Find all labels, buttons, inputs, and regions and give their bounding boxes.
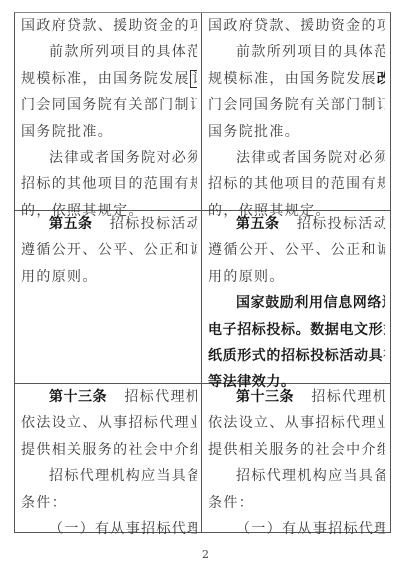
text-fragment: 招标代理机构是 <box>311 389 385 405</box>
text-line: 法律或者国务院对必须进行 <box>21 145 197 171</box>
old-text-cell: 国政府贷款、援助资金的项目。 前款所列项目的具体范围和 规模标准，由国务院发展计… <box>15 13 202 210</box>
text-line: （一）有从事招标代理业务 <box>208 516 385 542</box>
text-fragment: 规模标准，由国务院发展 <box>21 71 190 87</box>
text-line: 法律或者国务院对必须进行 <box>208 145 385 171</box>
text-line: 招标的其他项目的范围有规定 <box>21 171 197 197</box>
text-line: 规模标准，由国务院发展计划部 <box>21 66 197 92</box>
table-row: 第十三条 招标代理机构是 依法设立、从事招标代理业务并 提供相关服务的社会中介组… <box>15 384 390 532</box>
text-fragment: 规模标准，由国务院发展 <box>208 71 377 87</box>
text-fragment: 招标投标活动应当 <box>297 216 385 232</box>
table-row: 第五条 招标投标活动应当 遵循公开、公平、公正和诚实信 用的原则。 第五条 招标… <box>15 211 390 384</box>
old-text-cell: 第十三条 招标代理机构是 依法设立、从事招标代理业务并 提供相关服务的社会中介组… <box>15 384 202 532</box>
text-line: 用的原则。 <box>21 264 197 290</box>
highlighted-new-term: 改革 <box>377 71 385 87</box>
text-fragment: 招标代理机构是 <box>124 389 197 405</box>
text-line: 第五条 招标投标活动应当 <box>21 211 197 237</box>
text-line: 第五条 招标投标活动应当 <box>208 211 385 237</box>
added-text-line: 纸质形式的招标投标活动具有同 <box>208 343 385 369</box>
text-line: 门会同国务院有关部门制订，报 <box>208 92 385 118</box>
text-line: 国务院批准。 <box>21 119 197 145</box>
new-text-cell: 国政府贷款、援助资金的项目。 前款所列项目的具体范围和 规模标准，由国务院发展改… <box>202 13 389 210</box>
text-line: 门会同国务院有关部门制订，报 <box>21 92 197 118</box>
text-fragment: 招标投标活动应当 <box>110 216 197 232</box>
text-line: 招标代理机构应当具备下列 <box>21 463 197 489</box>
text-line: 第十三条 招标代理机构是 <box>208 384 385 410</box>
article-number: 第十三条 <box>236 389 294 405</box>
text-line: 第十三条 招标代理机构是 <box>21 384 197 410</box>
text-line: 用的原则。 <box>208 264 385 290</box>
comparison-table: 国政府贷款、援助资金的项目。 前款所列项目的具体范围和 规模标准，由国务院发展计… <box>14 12 391 533</box>
text-line: 国政府贷款、援助资金的项目。 <box>21 13 197 39</box>
text-line: 遵循公开、公平、公正和诚实信 <box>21 237 197 263</box>
text-line: 国政府贷款、援助资金的项目。 <box>208 13 385 39</box>
page-number: 2 <box>0 548 411 561</box>
text-line: （一）有从事招标代理业务 <box>21 516 197 542</box>
text-line: 提供相关服务的社会中介组织。 <box>208 437 385 463</box>
highlighted-deleted-term: 计划 <box>190 70 197 88</box>
old-text-cell: 第五条 招标投标活动应当 遵循公开、公平、公正和诚实信 用的原则。 <box>15 211 202 383</box>
text-line: 条件： <box>21 490 197 516</box>
article-number: 第五条 <box>49 216 93 232</box>
new-text-cell: 第十三条 招标代理机构是 依法设立、从事招标代理业务并 提供相关服务的社会中介组… <box>202 384 389 532</box>
added-text-line: 电子招标投标。数据电文形式与 <box>208 317 385 343</box>
text-line: 遵循公开、公平、公正和诚实信 <box>208 237 385 263</box>
article-number: 第十三条 <box>49 389 107 405</box>
text-line: 国务院批准。 <box>208 119 385 145</box>
text-line: 招标的其他项目的范围有规定 <box>208 171 385 197</box>
table-row: 国政府贷款、援助资金的项目。 前款所列项目的具体范围和 规模标准，由国务院发展计… <box>15 13 390 211</box>
text-line: 规模标准，由国务院发展改革部 <box>208 66 385 92</box>
text-line: 依法设立、从事招标代理业务并 <box>21 410 197 436</box>
article-number: 第五条 <box>236 216 280 232</box>
text-line: 提供相关服务的社会中介组织。 <box>21 437 197 463</box>
added-text-line: 国家鼓励利用信息网络进行 <box>208 290 385 316</box>
text-line: 前款所列项目的具体范围和 <box>208 39 385 65</box>
text-line: 依法设立、从事招标代理业务并 <box>208 410 385 436</box>
text-line: 前款所列项目的具体范围和 <box>21 39 197 65</box>
text-line: 条件： <box>208 490 385 516</box>
text-line: 招标代理机构应当具备下列 <box>208 463 385 489</box>
new-text-cell: 第五条 招标投标活动应当 遵循公开、公平、公正和诚实信 用的原则。 国家鼓励利用… <box>202 211 389 383</box>
